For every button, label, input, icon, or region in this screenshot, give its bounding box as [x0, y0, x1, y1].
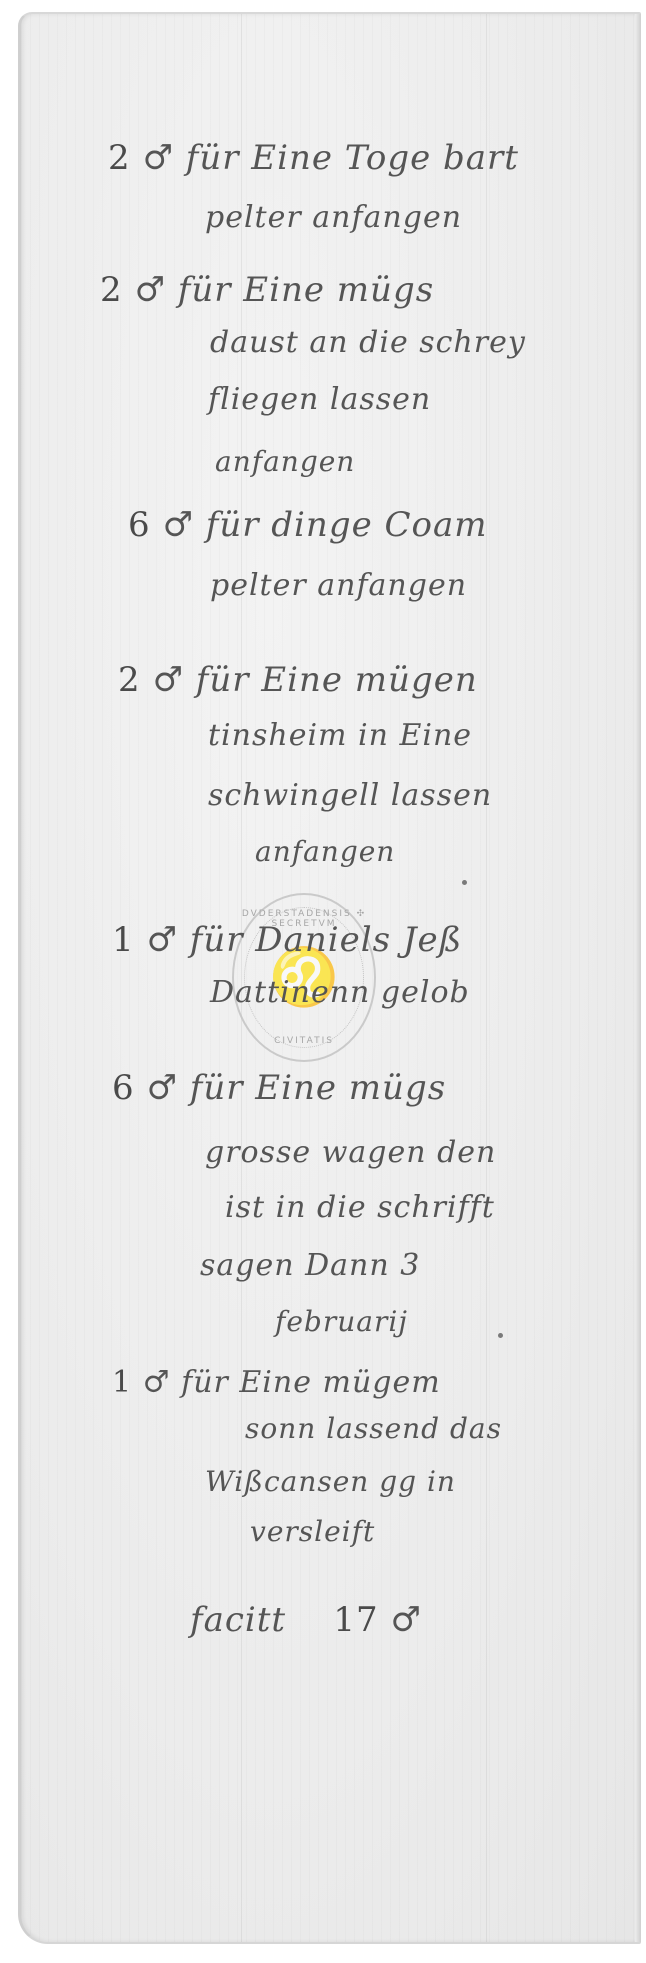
entry-7-line-3: Wißcansen gg in — [205, 1465, 456, 1498]
total-value: 17 — [333, 1600, 378, 1640]
entry-6-line-1: 6 ♂ für Eine mügs — [112, 1068, 446, 1108]
entry-amount: 1 — [112, 1365, 132, 1400]
entry-6-line-2: grosse wagen den — [205, 1135, 496, 1170]
entry-7-line-1: 1 ♂ für Eine mügem — [112, 1365, 441, 1400]
entry-4-line-4: anfangen — [255, 835, 395, 868]
entry-2-line-1: 2 ♂ für Eine mügs — [100, 270, 434, 310]
entry-3-line-2: pelter anfangen — [210, 568, 467, 603]
entry-1-line-1: 2 ♂ für Eine Toge bart — [108, 138, 519, 178]
entry-amount: 1 — [112, 920, 135, 960]
fold-line — [486, 14, 487, 1942]
entry-unit: ♂ — [146, 1068, 177, 1108]
entry-unit: ♂ — [162, 505, 193, 545]
ink-speck — [462, 880, 467, 885]
entry-5-line-2: Dattinenn gelob — [210, 975, 470, 1010]
entry-7-line-4: versleift — [250, 1515, 375, 1548]
entry-amount: 6 — [112, 1068, 135, 1108]
entry-text: für Eine mügs — [178, 270, 434, 310]
entry-2-line-3: fliegen lassen — [208, 382, 431, 417]
entry-amount: 2 — [108, 138, 131, 178]
entry-text: für Daniels Jeß — [190, 920, 463, 960]
page-edge — [635, 14, 641, 1942]
entry-text: für Eine mügs — [190, 1068, 446, 1108]
entry-text: für Eine mügen — [196, 660, 478, 700]
entry-unit: ♂ — [134, 270, 165, 310]
entry-unit: ♂ — [152, 660, 183, 700]
ink-speck — [498, 1333, 503, 1338]
entry-4-line-3: schwingell lassen — [208, 778, 492, 813]
entry-7-line-2: sonn lassend das — [245, 1412, 502, 1445]
entry-1-line-2: pelter anfangen — [205, 200, 462, 235]
entry-text: für Eine mügem — [181, 1365, 441, 1400]
entry-3-line-1: 6 ♂ für dinge Coam — [128, 505, 488, 545]
entry-2-line-2: daust an die schrey — [210, 325, 526, 360]
entry-6-line-3: ist in die schrifft — [225, 1190, 495, 1225]
entry-6-line-5: februarij — [275, 1305, 408, 1338]
total-line: facitt 17 ♂ — [190, 1600, 422, 1640]
entry-unit: ♂ — [146, 920, 177, 960]
entry-amount: 2 — [118, 660, 141, 700]
entry-5-line-1: 1 ♂ für Daniels Jeß — [112, 920, 462, 960]
entry-6-line-4: sagen Dann 3 — [200, 1248, 420, 1283]
total-unit: ♂ — [390, 1600, 421, 1640]
total-label: facitt — [190, 1600, 286, 1640]
entry-unit: ♂ — [143, 1365, 171, 1400]
seal-legend-bottom: CIVITATIS — [234, 1036, 374, 1046]
entry-text: für Eine Toge bart — [186, 138, 519, 178]
entry-amount: 6 — [128, 505, 151, 545]
entry-4-line-1: 2 ♂ für Eine mügen — [118, 660, 478, 700]
entry-amount: 2 — [100, 270, 123, 310]
entry-2-line-4: anfangen — [215, 445, 355, 478]
entry-4-line-2: tinsheim in Eine — [208, 718, 472, 753]
entry-text: für dinge Coam — [206, 505, 488, 545]
entry-unit: ♂ — [142, 138, 173, 178]
